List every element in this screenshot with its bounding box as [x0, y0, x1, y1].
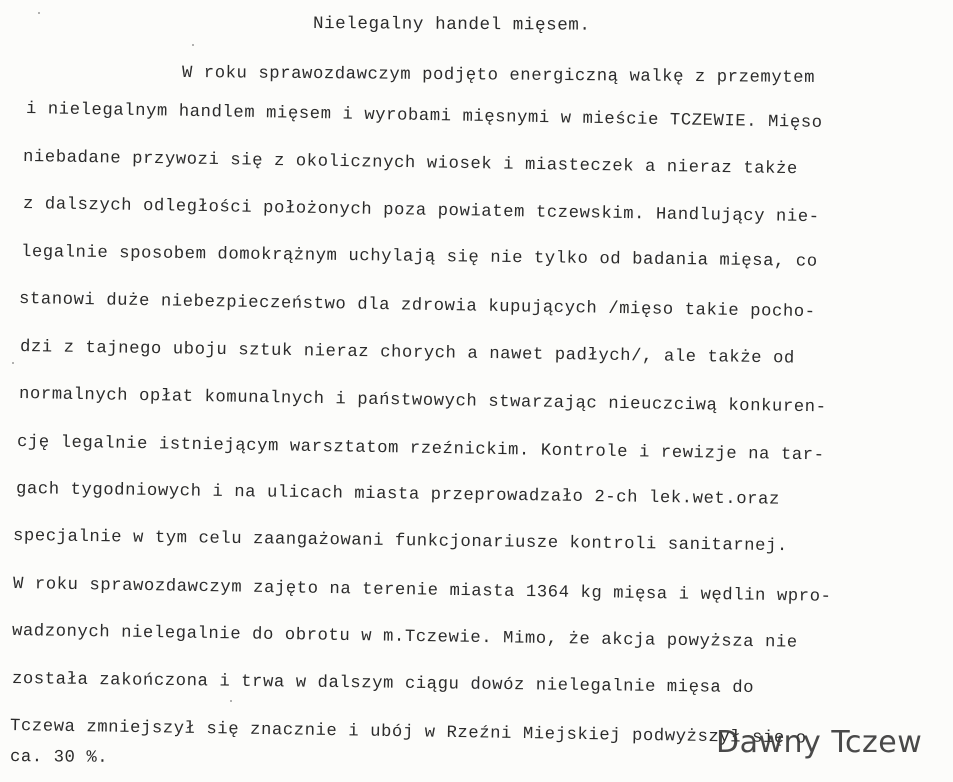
scan-speck	[230, 700, 232, 702]
document-title: Nielegalny handel mięsem.	[313, 14, 591, 36]
text-line: Tczewa zmniejszył się znacznie i ubój w …	[10, 717, 807, 750]
text-line: cję legalnie istniejącym warsztatom rzeź…	[17, 433, 825, 466]
text-line: niebadane przywozi się z okolicznych wio…	[23, 148, 798, 180]
text-line: specjalnie w tym celu zaangażowani funkc…	[13, 527, 788, 557]
text-line: i nielegalnym handlem mięsem i wyrobami …	[26, 100, 823, 134]
text-line: wadzonych nielegalnie do obrotu w m.Tcze…	[12, 622, 798, 654]
text-line: W roku sprawozdawczym podjęto energiczną…	[182, 64, 815, 89]
text-line: ca. 30 %.	[10, 748, 108, 769]
text-line: normalnych opłat komunalnych i państwowy…	[19, 385, 827, 418]
text-line: została zakończona i trwa w dalszym ciąg…	[12, 670, 754, 699]
scan-speck	[38, 12, 40, 14]
text-line: W roku sprawozdawczym zajęto na terenie …	[13, 575, 832, 608]
text-line: gach tygodniowych i na ulicach miasta pr…	[16, 480, 780, 511]
text-line: z dalszych odległości położonych poza po…	[23, 195, 820, 228]
text-line: stanowi duże niebezpieczeństwo dla zdrow…	[19, 290, 816, 323]
text-line: legalnie sposobem domokrążnym uchylają s…	[21, 243, 818, 273]
scan-speck	[12, 362, 14, 364]
text-line: dzi z tajnego uboju sztuk nieraz chorych…	[20, 338, 795, 369]
watermark-text: Dawny Tczew	[716, 725, 922, 760]
scan-speck	[192, 44, 194, 46]
scanned-document-page: Nielegalny handel mięsem. W roku sprawoz…	[0, 0, 953, 782]
